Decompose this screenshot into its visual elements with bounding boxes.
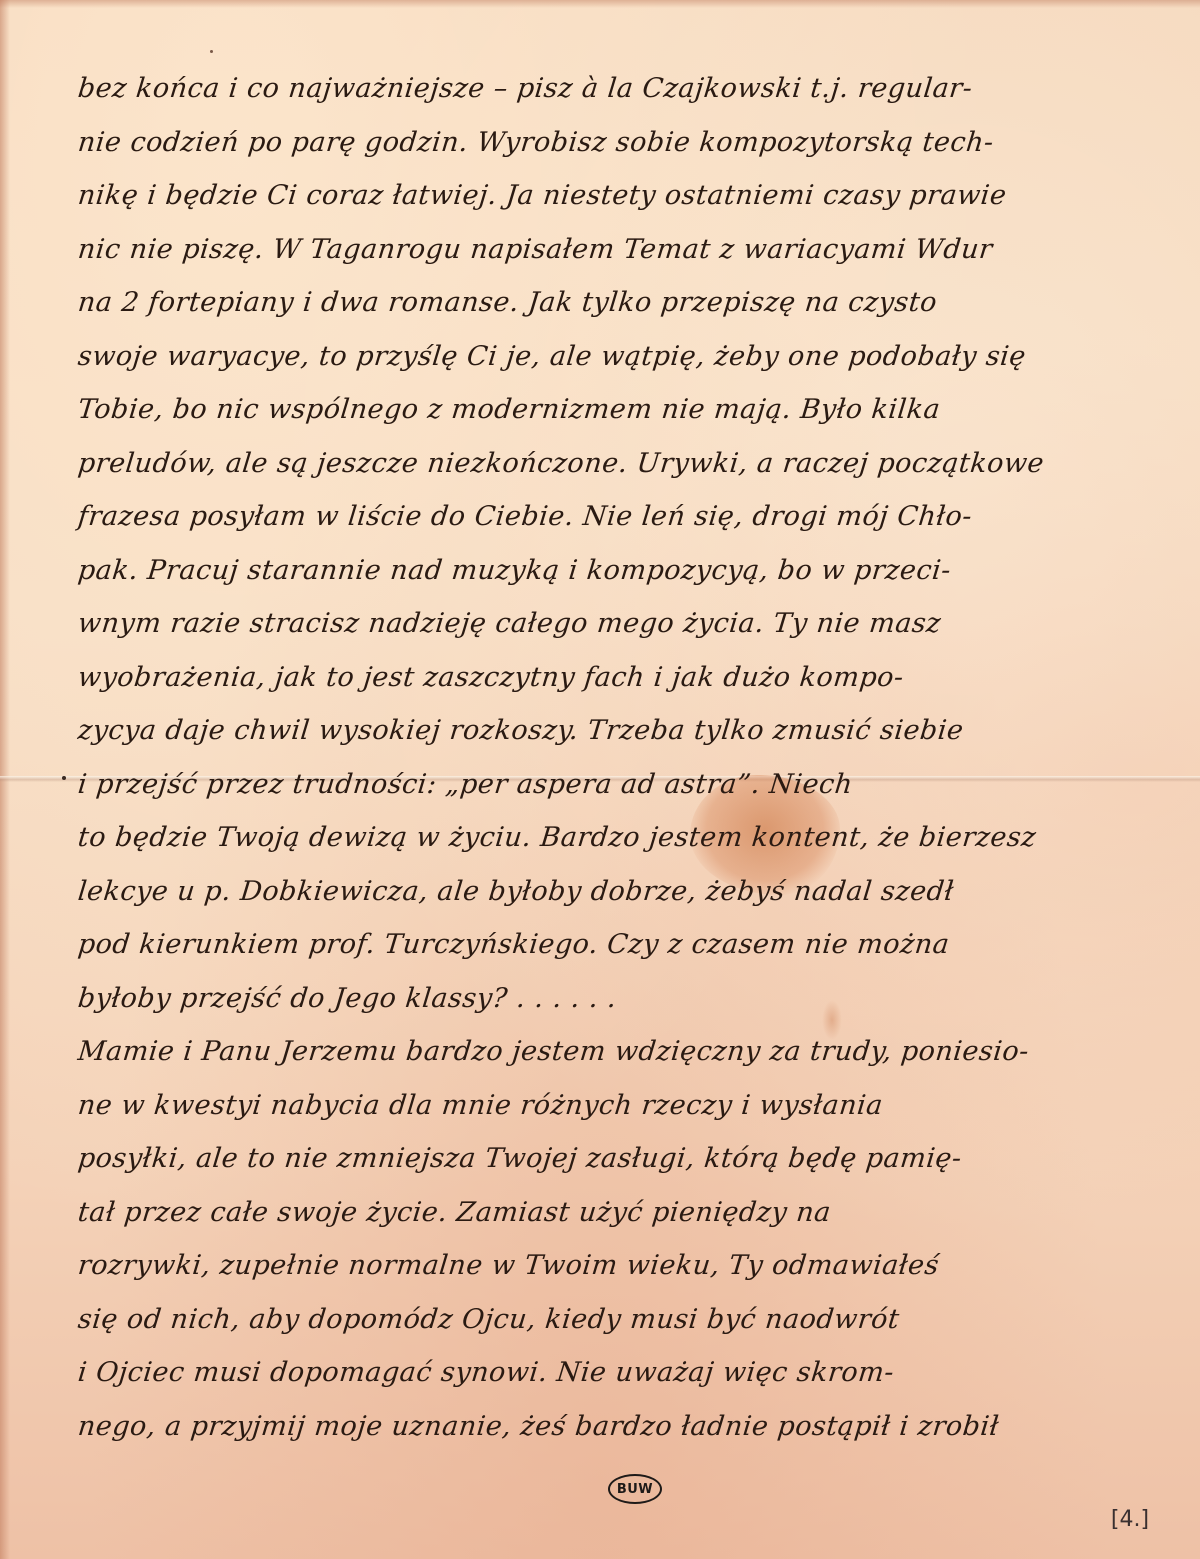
- handwritten-line: byłoby przejść do Jego klassy? . . . . .…: [75, 972, 1191, 1026]
- library-stamp: BUW: [608, 1474, 662, 1504]
- handwritten-line: pak. Pracuj starannie nad muzyką i kompo…: [75, 544, 1191, 598]
- handwritten-line: to będzie Twoją dewizą w życiu. Bardzo j…: [75, 811, 1191, 865]
- handwritten-line: Tobie, bo nic wspólnego z modernizmem ni…: [75, 383, 1191, 437]
- handwritten-line: nikę i będzie Ci coraz łatwiej. Ja niest…: [75, 169, 1191, 223]
- handwritten-line: się od nich, aby dopomódz Ojcu, kiedy mu…: [75, 1293, 1191, 1347]
- handwritten-line: wyobrażenia, jak to jest zaszczytny fach…: [75, 651, 1191, 705]
- handwritten-line: preludów, ale są jeszcze niezkończone. U…: [75, 437, 1191, 491]
- handwritten-line: ne w kwestyi nabycia dla mnie różnych rz…: [75, 1079, 1191, 1133]
- ink-speck: [210, 50, 213, 53]
- handwritten-line: lekcye u p. Dobkiewicza, ale byłoby dobr…: [75, 865, 1191, 919]
- handwritten-line: bez końca i co najważniejsze – pisz à la…: [75, 62, 1191, 116]
- handwritten-line: na 2 fortepiany i dwa romanse. Jak tylko…: [75, 276, 1191, 330]
- ink-speck: [62, 776, 66, 780]
- handwritten-line: rozrywki, zupełnie normalne w Twoim wiek…: [75, 1239, 1191, 1293]
- handwritten-line: zycya daje chwil wysokiej rozkoszy. Trze…: [75, 704, 1191, 758]
- page-number: [4.]: [1106, 1497, 1154, 1541]
- handwritten-line: tał przez całe swoje życie. Zamiast użyć…: [75, 1186, 1191, 1240]
- handwritten-line: nie codzień po parę godzin. Wyrobisz sob…: [75, 116, 1191, 170]
- handwritten-line: frazesa posyłam w liście do Ciebie. Nie …: [75, 490, 1191, 544]
- letter-page: bez końca i co najważniejsze – pisz à la…: [0, 0, 1200, 1559]
- handwritten-line: wnym razie stracisz nadzieję całego mego…: [75, 597, 1191, 651]
- handwritten-line: nic nie piszę. W Taganrogu napisałem Tem…: [75, 223, 1191, 277]
- letter-body: bez końca i co najważniejsze – pisz à la…: [78, 62, 1188, 1453]
- handwritten-line: nego, a przyjmij moje uznanie, żeś bardz…: [75, 1400, 1191, 1454]
- handwritten-line: Mamie i Panu Jerzemu bardzo jestem wdzię…: [75, 1025, 1191, 1079]
- handwritten-line: swoje waryacye, to przyślę Ci je, ale wą…: [75, 330, 1191, 384]
- handwritten-line: i przejść przez trudności: „per aspera a…: [75, 758, 1191, 812]
- handwritten-line: i Ojciec musi dopomagać synowi. Nie uważ…: [75, 1346, 1191, 1400]
- handwritten-line: posyłki, ale to nie zmniejsza Twojej zas…: [75, 1132, 1191, 1186]
- paper-edge-top: [0, 0, 1200, 8]
- handwritten-line: pod kierunkiem prof. Turczyńskiego. Czy …: [75, 918, 1191, 972]
